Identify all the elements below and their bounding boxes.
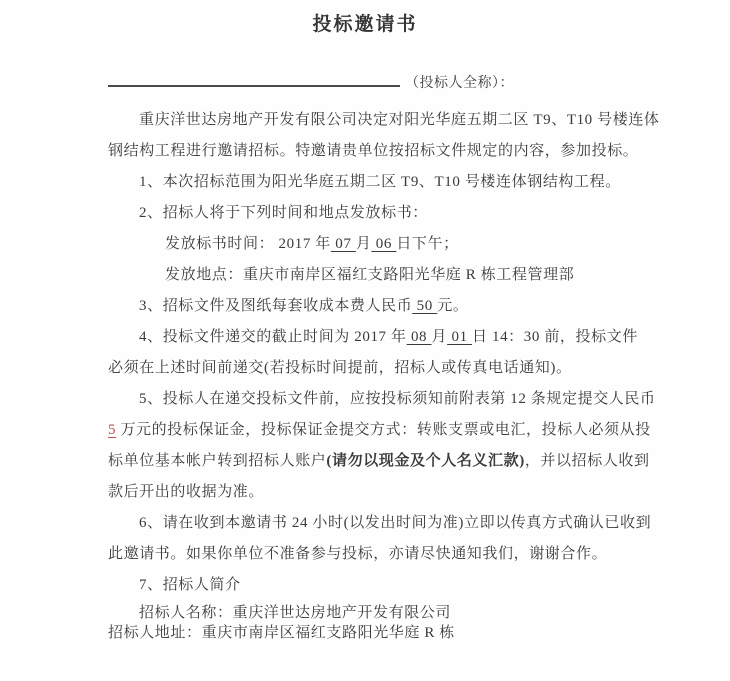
text-segment: 日下午； [396, 236, 458, 252]
bidder-name-blank [108, 68, 400, 87]
text-segment: 2、招标人将于下列时间和地点发放标书： [139, 205, 428, 221]
document-footer: 招标人名称：重庆洋世达房地产开发有限公司招标人地址：重庆市南岸区福红支路阳光华庭… [108, 603, 730, 643]
text-line: 3、招标文件及图纸每套收成本费人民币 50 元。 [108, 291, 670, 322]
text-line: 款后开出的收据为准。 [108, 477, 670, 508]
text-segment: 日 14：30 前，投标文件 [472, 329, 638, 345]
fill-in-blank: 50 [412, 298, 437, 314]
text-line: 必须在上述时间前递交(若投标时间提前，招标人或传真电话通知)。 [108, 353, 670, 384]
fill-in-blank: 08 [407, 329, 432, 345]
document-page: 投标邀请书 （投标人全称）： 重庆洋世达房地产开发有限公司决定对阳光华庭五期二区… [0, 0, 730, 681]
text-line: 招标人地址：重庆市南岸区福红支路阳光华庭 R 栋 [108, 623, 730, 643]
fill-in-blank: 06 [371, 236, 396, 252]
text-segment: 6、请在收到本邀请书 24 小时(以发出时间为准)立即以传真方式确认已收到 [139, 515, 651, 531]
text-line: 重庆洋世达房地产开发有限公司决定对阳光华庭五期二区 T9、T10 号楼连体 [108, 105, 670, 136]
text-segment: 重庆洋世达房地产开发有限公司决定对阳光华庭五期二区 T9、T10 号楼连体 [139, 112, 660, 128]
bidder-label: （投标人全称）： [405, 76, 514, 91]
text-segment: 钢结构工程进行邀请招标。特邀请贵单位按招标文件规定的内容，参加投标。 [108, 143, 638, 159]
text-line: 发放标书时间： 2017 年 07 月 06 日下午； [108, 229, 670, 260]
text-segment: 4、投标文件递交的截止时间为 2017 年 [139, 329, 407, 345]
text-line: 5、投标人在递交投标文件前，应按投标须知前附表第 12 条规定提交人民币 [108, 384, 670, 415]
text-line: 钢结构工程进行邀请招标。特邀请贵单位按招标文件规定的内容，参加投标。 [108, 136, 670, 167]
fill-in-blank: 07 [331, 236, 356, 252]
text-segment: 招标人地址：重庆市南岸区福红支路阳光华庭 R 栋 [108, 625, 455, 641]
bidder-line: （投标人全称）： [108, 68, 730, 92]
text-segment: 元。 [437, 298, 468, 314]
text-line: 7、招标人简介 [108, 570, 670, 601]
page-title: 投标邀请书 [0, 10, 730, 40]
text-segment: 招标人名称：重庆洋世达房地产开发有限公司 [139, 605, 451, 621]
text-segment: 此邀请书。如果你单位不准备参与投标，亦请尽快通知我们，谢谢合作。 [108, 546, 607, 562]
text-segment: 万元的投标保证金，投标保证金提交方式：转账支票或电汇，投标人必须从投 [116, 422, 651, 438]
document-body: 重庆洋世达房地产开发有限公司决定对阳光华庭五期二区 T9、T10 号楼连体钢结构… [108, 105, 670, 601]
text-segment: 款后开出的收据为准。 [108, 484, 264, 500]
fill-in-blank: 01 [447, 329, 472, 345]
text-segment: 标单位基本帐户转到招标人账户 [108, 453, 326, 469]
text-segment: (请勿以现金及个人名义汇款) [326, 453, 524, 469]
text-line: 招标人名称：重庆洋世达房地产开发有限公司 [108, 603, 730, 623]
text-segment: 必须在上述时间前递交(若投标时间提前，招标人或传真电话通知)。 [108, 360, 572, 376]
text-line: 发放地点：重庆市南岸区福红支路阳光华庭 R 栋工程管理部 [108, 260, 670, 291]
text-line: 1、本次招标范围为阳光华庭五期二区 T9、T10 号楼连体钢结构工程。 [108, 167, 670, 198]
text-line: 标单位基本帐户转到招标人账户(请勿以现金及个人名义汇款)，并以招标人收到 [108, 446, 670, 477]
text-segment: 发放标书时间： 2017 年 [165, 236, 331, 252]
text-line: 此邀请书。如果你单位不准备参与投标，亦请尽快通知我们，谢谢合作。 [108, 539, 670, 570]
text-segment: 1、本次招标范围为阳光华庭五期二区 T9、T10 号楼连体钢结构工程。 [139, 174, 621, 190]
text-line: 2、招标人将于下列时间和地点发放标书： [108, 198, 670, 229]
text-line: 5 万元的投标保证金，投标保证金提交方式：转账支票或电汇，投标人必须从投 [108, 415, 670, 446]
text-line: 4、投标文件递交的截止时间为 2017 年 08 月 01 日 14：30 前，… [108, 322, 670, 353]
text-segment: 发放地点：重庆市南岸区福红支路阳光华庭 R 栋工程管理部 [165, 267, 574, 283]
text-segment: 5、投标人在递交投标文件前，应按投标须知前附表第 12 条规定提交人民币 [139, 391, 656, 407]
text-segment: 3、招标文件及图纸每套收成本费人民币 [139, 298, 412, 314]
text-segment: 月 [432, 329, 448, 345]
text-segment: ，并以招标人收到 [525, 453, 650, 469]
text-segment: 7、招标人简介 [139, 577, 241, 593]
text-segment: 月 [356, 236, 372, 252]
text-line: 6、请在收到本邀请书 24 小时(以发出时间为准)立即以传真方式确认已收到 [108, 508, 670, 539]
fill-in-blank: 5 [108, 422, 116, 438]
